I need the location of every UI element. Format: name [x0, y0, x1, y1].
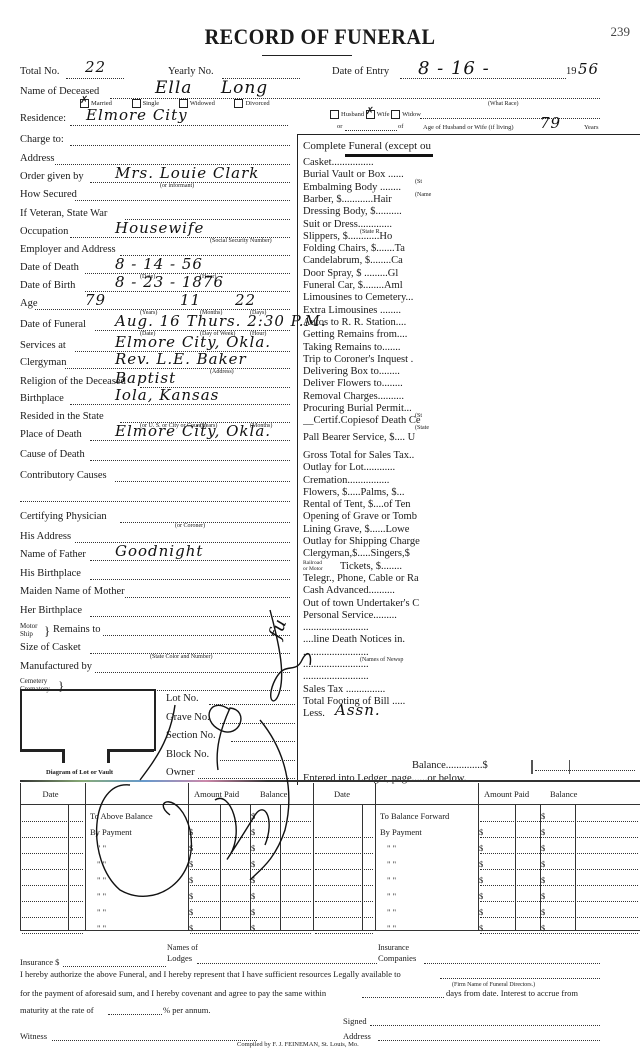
- ledger-column-rule: [575, 805, 576, 930]
- witness-field[interactable]: [52, 1040, 257, 1041]
- field-line[interactable]: [90, 579, 290, 580]
- dollar-sign: $: [541, 843, 545, 853]
- field-label: Certifying Physician: [20, 511, 107, 522]
- diagram-leg: [62, 749, 65, 763]
- charge-item[interactable]: Outlay for Lot............: [303, 462, 433, 473]
- firm-name-field[interactable]: [440, 978, 600, 979]
- item-sublabel: (State: [415, 425, 429, 431]
- date-of-entry-label: Date of Entry: [332, 66, 389, 77]
- ditto-mark: " ": [97, 907, 106, 917]
- diagram-label: Diagram of Lot or Vault: [46, 769, 113, 776]
- ledger-header: Date: [43, 789, 59, 799]
- dollar-sign: $: [541, 875, 545, 885]
- lot-field-line[interactable]: [220, 760, 296, 761]
- charge-item[interactable]: Sales Tax ...............: [303, 684, 433, 695]
- lot-diagram-box[interactable]: [20, 689, 156, 751]
- field-line[interactable]: [90, 440, 290, 441]
- charge-item[interactable]: Procuring Burial Permit...: [303, 403, 433, 414]
- ledger-header: Balance: [260, 789, 287, 799]
- ledger-amount-field[interactable]: [480, 869, 638, 870]
- ledger-row-label: By Payment: [90, 827, 132, 837]
- dollar-sign: $: [251, 891, 255, 901]
- field-value[interactable]: 8 - 14 - 56: [115, 255, 203, 273]
- checkbox-icon[interactable]: [330, 110, 339, 119]
- ditto-mark: " ": [387, 859, 396, 869]
- field-value[interactable]: Mrs. Louie Clark: [115, 164, 259, 182]
- charge-item[interactable]: Personal Service.........: [303, 610, 433, 621]
- year-prefix: 19: [566, 66, 577, 77]
- date-of-entry-value[interactable]: 8 - 16 -: [418, 58, 490, 79]
- charge-item[interactable]: Extra Limousines ........: [303, 305, 433, 316]
- charge-item[interactable]: Folding Chairs, $.......Ta: [303, 243, 433, 254]
- field-line[interactable]: [103, 635, 290, 636]
- years-label: Years: [584, 124, 599, 131]
- ditto-mark: " ": [387, 875, 396, 885]
- field-value[interactable]: Housewife: [115, 219, 204, 237]
- field-label: Religion of the Deceased: [20, 376, 126, 387]
- ledger-date-field[interactable]: [315, 869, 373, 870]
- ledger-header: Balance: [550, 789, 577, 799]
- ledger-amount-field[interactable]: [480, 885, 638, 886]
- ledger-row-label: To Above Balance: [90, 811, 153, 821]
- ledger-column-rule: [362, 805, 363, 930]
- maturity-text: maturity at the rate of: [20, 1005, 94, 1015]
- address-label: Address: [343, 1031, 371, 1041]
- charge-item[interactable]: Barber, $............Hair: [303, 194, 433, 205]
- witness-label: Witness: [20, 1031, 47, 1041]
- address-field[interactable]: [378, 1040, 600, 1041]
- field-label: Date of Funeral: [20, 319, 86, 330]
- lot-field-label: Lot No.: [166, 693, 199, 704]
- ledger-column-rule: [280, 805, 281, 930]
- dollar-sign: $: [189, 859, 193, 869]
- ledger-column-rule: [85, 783, 86, 930]
- charge-item[interactable]: Removal Charges..........: [303, 391, 433, 402]
- charge-item[interactable]: Opening of Grave or Tomb: [303, 511, 433, 522]
- field-value[interactable]: Rev. L.E. Baker: [115, 350, 247, 368]
- charge-item[interactable]: Embalming Body ........: [303, 182, 433, 193]
- charge-item[interactable]: Candelabrum, $........Ca: [303, 255, 433, 266]
- spouse-status-group: Husband Wife Widow: [330, 110, 421, 119]
- ledger-header-rule: [20, 804, 313, 805]
- field-label: Maiden Name of Mother: [20, 586, 125, 597]
- field-sublabel: (State Color and Number): [150, 654, 212, 660]
- dollar-sign: $: [479, 827, 483, 837]
- dollar-sign: $: [541, 827, 545, 837]
- dollar-sign: $: [189, 875, 193, 885]
- ledger-date-field[interactable]: [22, 837, 83, 838]
- ledger-amount-field[interactable]: [480, 917, 638, 918]
- field-label: Resided in the State: [20, 411, 104, 422]
- charge-item[interactable]: Telegr., Phone, Cable or Ra: [303, 573, 433, 584]
- checkbox-checked-icon[interactable]: [366, 110, 375, 119]
- field-value[interactable]: Elmore City, Okla.: [115, 422, 271, 440]
- page-title: RECORD OF FUNERAL: [26, 24, 615, 50]
- charge-item[interactable]: .........................: [303, 659, 433, 670]
- field-prefix: Cemetery: [20, 677, 47, 685]
- ledger-column-rule: [20, 783, 21, 930]
- ledger-column-rule: [515, 805, 516, 930]
- companies-field[interactable]: [424, 963, 600, 964]
- lot-field-label: Grave No.: [166, 712, 210, 723]
- charge-item[interactable]: Rental of Tent, $....of Ten: [303, 499, 433, 510]
- charge-item[interactable]: Getting Remains from....: [303, 329, 433, 340]
- ledger-header: Amount Paid: [484, 789, 529, 799]
- ledger-amount-field[interactable]: [190, 933, 311, 934]
- field-line[interactable]: [75, 200, 290, 201]
- ledger-amount-field[interactable]: [480, 853, 638, 854]
- charge-item[interactable]: Limousines to Cemetery...: [303, 292, 433, 303]
- age-days-value[interactable]: 22: [235, 291, 256, 309]
- ledger-entry-label: Entered into Ledger, page......or below.: [303, 773, 466, 784]
- days-field[interactable]: [362, 997, 444, 998]
- complete-funeral-header: Complete Funeral (except ou: [303, 140, 431, 152]
- field-label: Occupation: [20, 226, 68, 237]
- dollar-sign: $: [189, 907, 193, 917]
- dollar-sign: $: [479, 907, 483, 917]
- ledger-date-field[interactable]: [22, 821, 83, 822]
- dollar-sign: $: [251, 827, 255, 837]
- ledger-column-rule: [375, 783, 376, 930]
- field-label: Date of Death: [20, 262, 79, 273]
- field-line[interactable]: [65, 368, 290, 369]
- companies-label-top: Insurance: [378, 943, 409, 952]
- ditto-mark: " ": [97, 843, 106, 853]
- charge-item[interactable]: Pall Bearer Service, $.... U: [303, 432, 433, 443]
- charge-item[interactable]: Dressing Body, $..........: [303, 206, 433, 217]
- item-prefix: or Motor: [303, 566, 323, 572]
- field-line[interactable]: [95, 672, 290, 673]
- what-race-label: (What Race): [488, 101, 518, 107]
- ditto-mark: " ": [387, 891, 396, 901]
- dollar-sign: $: [251, 811, 255, 821]
- field-line[interactable]: [115, 481, 290, 482]
- charge-item[interactable]: .........................: [303, 671, 433, 682]
- charge-item[interactable]: Burial Vault or Box ......: [303, 169, 433, 180]
- field-label: Order given by: [20, 171, 84, 182]
- signed-field[interactable]: [370, 1025, 600, 1026]
- dollar-sign: $: [479, 843, 483, 853]
- field-label: Services at: [20, 340, 66, 351]
- dollar-sign: $: [479, 923, 483, 933]
- age-spouse-label: Age of Husband or Wife (if living): [423, 124, 514, 131]
- balance-line[interactable]: [535, 770, 635, 771]
- residence-value[interactable]: Elmore City: [86, 106, 188, 124]
- ledger-date-field[interactable]: [22, 853, 83, 854]
- ledger-amount-field[interactable]: [190, 837, 311, 838]
- dollar-sign: $: [479, 875, 483, 885]
- ledger-amount-field[interactable]: [480, 821, 638, 822]
- lot-field-label: Block No.: [166, 749, 209, 760]
- ledger-column-rule: [68, 805, 69, 930]
- charge-item[interactable]: Gross Total for Sales Tax..: [303, 450, 433, 461]
- field-line[interactable]: [90, 560, 290, 561]
- balance-divider: [531, 760, 533, 774]
- field-value[interactable]: Goodnight: [115, 542, 203, 560]
- ledger-amount-field[interactable]: [480, 837, 638, 838]
- ledger-top-rule: [20, 780, 640, 782]
- charge-item[interactable]: ....line Death Notices in.: [303, 634, 433, 645]
- ledger-amount-field[interactable]: [190, 821, 311, 822]
- field-label: Name of Father: [20, 549, 86, 560]
- ledger-date-field[interactable]: [22, 901, 83, 902]
- charge-item[interactable]: Casket................: [303, 157, 433, 168]
- dollar-sign: $: [541, 859, 545, 869]
- diagram-foot: [20, 749, 64, 752]
- field-label: His Address: [20, 531, 71, 542]
- field-line[interactable]: [20, 501, 290, 502]
- ledger-column-rule: [313, 783, 314, 930]
- ledger-amount-field[interactable]: [190, 869, 311, 870]
- lot-field-line[interactable]: [231, 741, 296, 742]
- field-line[interactable]: [70, 404, 290, 405]
- dollar-sign: $: [541, 907, 545, 917]
- total-no-value[interactable]: 22: [85, 58, 106, 76]
- lot-field-line[interactable]: [209, 704, 296, 705]
- ledger-amount-field[interactable]: [190, 901, 311, 902]
- field-label: Employer and Address: [20, 244, 116, 255]
- field-sublabel: (or Coroner): [175, 523, 205, 529]
- field-label: Charge to:: [20, 134, 64, 145]
- ledger-amount-field[interactable]: [190, 917, 311, 918]
- field-prefix: Ship: [20, 630, 33, 638]
- age-years-value[interactable]: 79: [85, 291, 106, 309]
- dollar-sign: $: [189, 827, 193, 837]
- ledger-date-field[interactable]: [315, 853, 373, 854]
- field-line[interactable]: [70, 145, 290, 146]
- field-label: How Secured: [20, 189, 77, 200]
- ditto-mark: " ": [97, 891, 106, 901]
- charge-item[interactable]: Cash Advanced..........: [303, 585, 433, 596]
- ditto-mark: " ": [387, 907, 396, 917]
- charge-item[interactable]: Clergyman,$.....Singers,$: [303, 548, 433, 559]
- ledger-date-field[interactable]: [315, 837, 373, 838]
- ledger-amount-field[interactable]: [190, 885, 311, 886]
- field-label: Her Birthplace: [20, 605, 82, 616]
- charge-item[interactable]: Outlay for Shipping Charge: [303, 536, 433, 547]
- field-sublabel: (Address): [210, 369, 234, 375]
- field-value[interactable]: 8 - 23 - 1876: [115, 273, 224, 291]
- dollar-sign: $: [251, 907, 255, 917]
- ledger-header: Amount Paid: [194, 789, 239, 799]
- rate-field[interactable]: [108, 1014, 162, 1015]
- dollar-sign: $: [541, 891, 545, 901]
- charge-item[interactable]: Taking Remains to.......: [303, 342, 433, 353]
- dollar-sign: $: [189, 891, 193, 901]
- dollar-sign: $: [479, 891, 483, 901]
- ledger-date-field[interactable]: [22, 885, 83, 886]
- signature-fragment: fu: [265, 615, 292, 641]
- total-no-label: Total No.: [20, 66, 60, 77]
- lot-field-line[interactable]: [220, 723, 296, 724]
- charge-item[interactable]: Lining Grave, $......Lowe: [303, 524, 433, 535]
- dollar-sign: $: [479, 859, 483, 869]
- checkbox-icon[interactable]: [234, 99, 243, 108]
- of-label: of: [398, 123, 403, 130]
- race-line: [420, 118, 600, 119]
- lot-field-label: Owner: [166, 767, 195, 778]
- spouse-husband[interactable]: Husband: [330, 111, 364, 118]
- ditto-mark: " ": [97, 923, 106, 933]
- ledger-date-field[interactable]: [315, 901, 373, 902]
- field-label: Birthplace: [20, 393, 64, 404]
- charge-item[interactable]: Deliver Flowers to........: [303, 378, 433, 389]
- year-value[interactable]: 56: [578, 60, 599, 78]
- field-sublabel: (Social Security Number): [210, 238, 272, 244]
- spouse-widow[interactable]: Widow: [391, 111, 421, 118]
- balance-label: Balance..............$: [412, 760, 488, 771]
- age-months-value[interactable]: 11: [180, 291, 201, 309]
- ditto-mark: " ": [387, 843, 396, 853]
- or-label: or: [337, 123, 342, 130]
- charge-item[interactable]: Tickets, $........: [340, 561, 433, 572]
- field-label: If Veteran, State War: [20, 208, 107, 219]
- field-label: Cause of Death: [20, 449, 85, 460]
- diagram-leg: [107, 749, 110, 763]
- marital-divorced[interactable]: Divorced: [234, 100, 269, 107]
- title-underline: [262, 55, 352, 56]
- field-line[interactable]: [125, 597, 290, 598]
- dollar-sign: $: [251, 859, 255, 869]
- charge-item[interactable]: Autos to R. R. Station....: [303, 317, 433, 328]
- field-line[interactable]: [90, 460, 290, 461]
- ledger-amount-field[interactable]: [190, 853, 311, 854]
- field-prefix: Motor: [20, 622, 38, 630]
- companies-label: Companies: [378, 953, 416, 963]
- ledger-date-field[interactable]: [315, 933, 373, 934]
- compiled-by: Compiled by F. J. FEINEMAN, St. Louis, M…: [237, 1041, 359, 1048]
- field-value[interactable]: Iola, Kansas: [115, 386, 219, 404]
- field-label: Age: [20, 298, 38, 309]
- dollar-sign: $: [189, 843, 193, 853]
- authorize-text: I hereby authorize the above Funeral, an…: [20, 969, 401, 979]
- percent-text: % per annum.: [163, 1005, 210, 1015]
- dollar-sign: $: [251, 875, 255, 885]
- dollar-sign: $: [189, 923, 193, 933]
- lodges-field[interactable]: [197, 963, 377, 964]
- field-label: Contributory Causes: [20, 470, 107, 481]
- payment-text: for the payment of aforesaid sum, and I …: [20, 988, 326, 998]
- dollar-sign: $: [251, 923, 255, 933]
- days-text: days from date. Interest to accrue from: [446, 988, 578, 998]
- residence-line: [70, 125, 288, 126]
- signed-label: Signed: [343, 1016, 367, 1026]
- name-of-deceased-value[interactable]: Ella Long: [155, 78, 268, 98]
- field-line[interactable]: [90, 616, 290, 617]
- field-label: Manufactured by: [20, 661, 92, 672]
- total-no-line: [66, 78, 124, 79]
- yearly-no-label: Yearly No.: [168, 66, 214, 77]
- checkbox-icon[interactable]: [391, 110, 400, 119]
- charge-item[interactable]: __Certif.Copiesof Death Ce: [303, 415, 433, 426]
- or-line: [345, 130, 397, 131]
- ditto-mark: " ": [387, 923, 396, 933]
- ledger-date-field[interactable]: [22, 917, 83, 918]
- diagram-foot: [108, 749, 154, 752]
- ledger-row-label: By Payment: [380, 827, 422, 837]
- ledger-column-rule: [220, 805, 221, 930]
- ledger-date-field[interactable]: [315, 885, 373, 886]
- field-sublabel: (or informant): [160, 183, 194, 189]
- field-value[interactable]: Elmore City, Okla.: [115, 333, 271, 351]
- field-value[interactable]: Baptist: [115, 369, 176, 387]
- lot-field-line[interactable]: [198, 778, 296, 779]
- dollar-sign: $: [251, 843, 255, 853]
- dollar-sign: $: [541, 811, 545, 821]
- insurance-field[interactable]: [63, 966, 166, 967]
- ditto-mark: " ": [97, 875, 106, 885]
- field-label: Date of Birth: [20, 280, 75, 291]
- ledger-amount-field[interactable]: [480, 933, 638, 934]
- residence-label: Residence:: [20, 113, 66, 124]
- charge-item[interactable]: .........................: [303, 622, 433, 633]
- ledger-date-field[interactable]: [22, 869, 83, 870]
- charge-item[interactable]: Trip to Coroner's Inquest .: [303, 354, 433, 365]
- field-label: Remains to: [53, 624, 101, 635]
- age-spouse-value[interactable]: 79: [540, 114, 561, 132]
- field-label: Address: [20, 153, 54, 164]
- lodges-label: Lodges: [167, 953, 192, 963]
- dollar-sign: $: [541, 923, 545, 933]
- field-label: Place of Death: [20, 429, 82, 440]
- field-value[interactable]: Aug. 16 Thurs. 2:30 P.M.: [115, 312, 327, 330]
- charge-item[interactable]: Door Spray, $ .........Gl: [303, 268, 433, 279]
- insurance-label: Insurance $: [20, 957, 59, 967]
- lodges-label-top: Names of: [167, 943, 198, 952]
- charge-item[interactable]: Out of town Undertaker's C: [303, 598, 433, 609]
- ledger-date-field[interactable]: [315, 917, 373, 918]
- ledger-row-label: To Balance Forward: [380, 811, 449, 821]
- field-label: Size of Casket: [20, 642, 81, 653]
- field-label: His Birthplace: [20, 568, 81, 579]
- field-label: Clergyman: [20, 357, 66, 368]
- charge-item[interactable]: Delivering Box to........: [303, 366, 433, 377]
- charge-item[interactable]: Slippers, $............Ho: [303, 231, 433, 242]
- ledger-header-rule: [313, 804, 640, 805]
- less-value[interactable]: Assn.: [335, 701, 381, 719]
- brace-icon: }: [44, 623, 50, 639]
- charge-item[interactable]: Funeral Car, $........Aml: [303, 280, 433, 291]
- charge-item[interactable]: Flowers, $.....Palms, $...: [303, 487, 433, 498]
- spouse-wife[interactable]: Wife: [366, 111, 390, 118]
- ledger-amount-field[interactable]: [480, 901, 638, 902]
- ledger-header: Date: [334, 789, 350, 799]
- ledger-bottom-rule: [20, 930, 640, 931]
- ditto-mark: " ": [97, 859, 106, 869]
- lot-field-label: Section No.: [166, 730, 216, 741]
- charge-item[interactable]: Cremation................: [303, 475, 433, 486]
- cents-divider: [569, 760, 570, 774]
- ledger-date-field[interactable]: [22, 933, 83, 934]
